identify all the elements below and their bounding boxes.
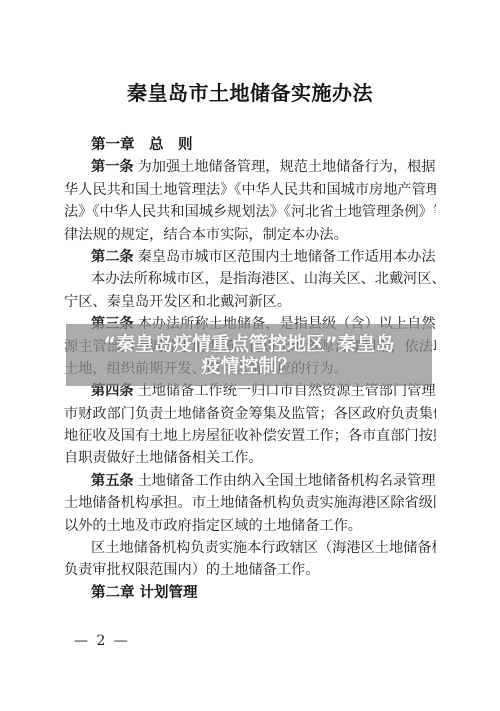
text-line: 华人民共和国土地管理法》《中华人民共和国城市房地产管理: [64, 179, 436, 201]
text-line: 土地储备机构承担。市土地储备机构负责实施海港区除省级园区: [64, 492, 436, 514]
text-line-content: 法》《中华人民共和国城乡规划法》《河北省土地管理条例》等法: [64, 204, 436, 220]
text-line-content: 地征收及国有土地上房屋征收补偿安置工作；各市直部门按照各: [64, 428, 436, 444]
page-number: — 2 —: [74, 633, 130, 649]
document-title: 秦皇岛市土地储备实施办法: [0, 80, 500, 106]
article-text: 为加强土地储备管理，规范土地储备行为，根据《中: [138, 159, 436, 175]
article-number: 第一条: [91, 159, 134, 175]
document-page: 秦皇岛市土地储备实施办法 第一章 总 则 第一条为加强土地储备管理，规范土地储备…: [0, 0, 500, 711]
text-line: 地征收及国有土地上房屋征收补偿安置工作；各市直部门按照各: [64, 425, 436, 447]
chapter-heading-text: 第一章 总 则: [91, 137, 193, 153]
text-line-content: 自职责做好土地储备相关工作。: [64, 450, 263, 466]
article-2-line: 第二条秦皇岛市城市区范围内土地储备工作适用本办法。: [64, 246, 436, 268]
text-line-content: 律法规的规定，结合本市实际，制定本办法。: [64, 227, 348, 243]
text-line: 法》《中华人民共和国城乡规划法》《河北省土地管理条例》等法: [64, 201, 436, 223]
text-line: 本办法所称城市区，是指海港区、山海关区、北戴河区、抚: [64, 268, 436, 290]
headline-line-1: “秦皇岛疫情重点管控地区”秦皇岛: [79, 333, 419, 355]
article-number: 第二条: [91, 249, 134, 265]
article-text: 土地储备工作由纳入全国土地储备机构名录管理的: [138, 473, 436, 489]
article-text: 秦皇岛市城市区范围内土地储备工作适用本办法。: [138, 249, 436, 265]
article-1-line: 第一条为加强土地储备管理，规范土地储备行为，根据《中: [64, 156, 436, 178]
text-line: 自职责做好土地储备相关工作。: [64, 447, 436, 469]
text-line-content: 土地储备机构承担。市土地储备机构负责实施海港区除省级园区: [64, 495, 436, 511]
text-line: 区土地储备机构负责实施本行政辖区（海港区土地储备机构: [64, 537, 436, 559]
headline-line-2: 疫情控制？: [79, 355, 419, 377]
text-line: 律法规的规定，结合本市实际，制定本办法。: [64, 224, 436, 246]
text-line-content: 本办法所称城市区，是指海港区、山海关区、北戴河区、抚: [91, 271, 436, 287]
text-line-content: 华人民共和国土地管理法》《中华人民共和国城市房地产管理: [64, 182, 436, 198]
text-line: 宁区、秦皇岛开发区和北戴河新区。: [64, 291, 436, 313]
text-line-content: 以外的土地及市政府指定区域的土地储备工作。: [64, 518, 362, 534]
chapter-heading-2: 第二章 计划管理: [64, 582, 436, 604]
headline-overlay-banner: “秦皇岛疫情重点管控地区”秦皇岛 疫情控制？: [66, 324, 432, 386]
text-line: 市财政部门负责土地储备资金筹集及监管；各区政府负责集体土: [64, 403, 436, 425]
article-number: 第五条: [91, 473, 134, 489]
text-line-content: 市财政部门负责土地储备资金筹集及监管；各区政府负责集体土: [64, 406, 436, 422]
text-line-content: 负责审批权限范围内）的土地储备工作。: [64, 562, 319, 578]
text-line-content: 宁区、秦皇岛开发区和北戴河新区。: [64, 294, 291, 310]
chapter-heading-1: 第一章 总 则: [64, 134, 436, 156]
chapter-heading-text: 第二章 计划管理: [91, 585, 198, 601]
article-5-line: 第五条土地储备工作由纳入全国土地储备机构名录管理的: [64, 470, 436, 492]
text-line: 以外的土地及市政府指定区域的土地储备工作。: [64, 515, 436, 537]
text-line-content: 区土地储备机构负责实施本行政辖区（海港区土地储备机构: [91, 540, 436, 556]
text-line: 负责审批权限范围内）的土地储备工作。: [64, 559, 436, 581]
